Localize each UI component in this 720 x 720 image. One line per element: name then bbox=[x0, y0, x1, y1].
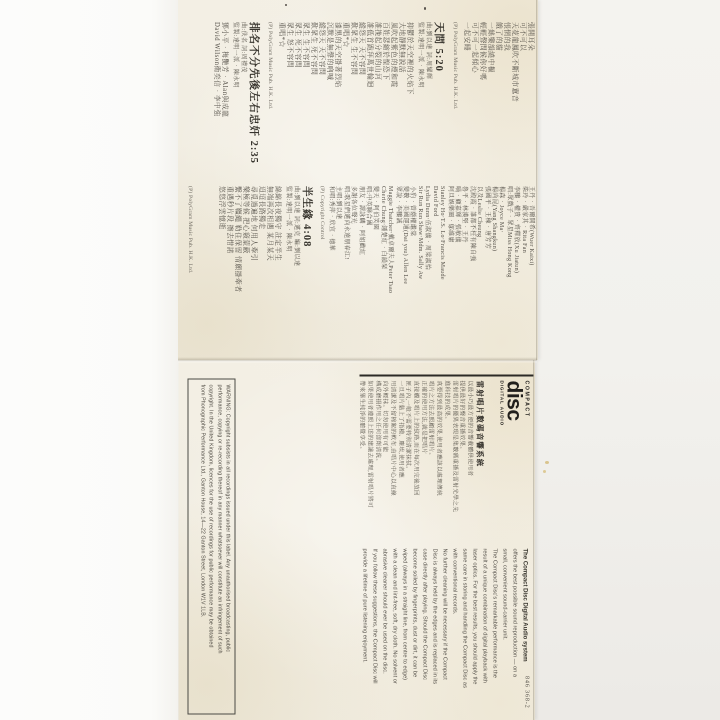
info-page-scan: 846 368-2 COMPACT disc DIGITAL AUDIO 雷射唱… bbox=[178, 360, 535, 720]
english-info-line: small, convenient sound-carrier unit. bbox=[499, 548, 509, 714]
song-title-text: 半生緣 bbox=[301, 186, 312, 221]
credit-line: 監製:達明一派‧陳永明 bbox=[284, 186, 292, 336]
lyric-line: 一絲樂韻繞中樞 bbox=[486, 22, 494, 172]
left-rule-line bbox=[359, 374, 533, 376]
lyric-line: 沉默是無聲的吶喊 bbox=[325, 22, 333, 172]
chinese-info-line: 帶來畢生純淨的聽覺享受。 bbox=[356, 380, 364, 548]
english-info-line: provide a lifetime of pure listening enj… bbox=[359, 548, 369, 714]
intro-song-lyrics: 張開耳朵可不可以天花龍鳳吹不斷城市囂音悵惘的我餓了的貓一絲樂韻繞中樞輕輕聲問候你… bbox=[462, 22, 534, 172]
lyric-line: 抑鬱於天空裡的火焰下 bbox=[405, 22, 413, 172]
lyric-line: 歎眾生 死不容問 bbox=[309, 22, 317, 172]
lyric-line: 誰低首跪拜萬世輪迴 bbox=[365, 22, 373, 172]
compact-disc-logo: COMPACT disc DIGITAL AUDIO bbox=[499, 380, 529, 442]
lyric-line: 重遇秒片段 擦去惜諾 bbox=[225, 186, 233, 336]
lyric-line: 繫不了韁繩 勒住保留 情願掛牽者 bbox=[233, 186, 241, 336]
lyric-name-line: 阿旦娛樂圈‧鄔維庸 bbox=[445, 186, 452, 336]
warning-line: from Phonographic Performance Ltd., Gant… bbox=[197, 384, 205, 708]
lyric-line: 輕輕聲問候你好嗎 bbox=[478, 22, 486, 172]
lyric-line: 天花龍鳳吹不斷城市囂音 bbox=[510, 22, 518, 172]
chinese-info-line: 一旦唱片黏上了指模、塵埃,使用者應 bbox=[395, 380, 403, 548]
scanner-lid-strip bbox=[0, 0, 178, 720]
lyric-line: 百姓瑟縮於惶恐下 bbox=[381, 22, 389, 172]
chinese-info-line: 如果使用者遵照上述的建議去處理,雷射唱片將可 bbox=[364, 380, 372, 548]
credit-line: 曲:劉以達 詞:邁克 編:劉以達 bbox=[292, 186, 300, 336]
english-info-line: laser optics. For the best results, you … bbox=[469, 548, 479, 714]
song-credits-bansheng: 曲:劉以達 詞:邁克 編:劉以達監製:達明一派‧陳永明 bbox=[284, 186, 300, 336]
lyric-line: 誰挽起分裂的山河 bbox=[373, 22, 381, 172]
chinese-info-line: 以最小巧最方便的音響載體供使用者 bbox=[464, 380, 472, 548]
english-info-line: Disc is always held by the edges and is … bbox=[429, 548, 439, 714]
lyric-line: 可不可以 bbox=[518, 22, 526, 172]
song-duration: 4:08 bbox=[301, 224, 312, 247]
lyric-name-line: Cherie Chung‧鍾楚紅‧白韻琹 bbox=[378, 186, 385, 336]
lyric-name-line: 以及Leslie Cheung bbox=[475, 186, 482, 336]
lyric-name-line: David Ford bbox=[430, 186, 437, 336]
english-info-line: result of a unique combination of digita… bbox=[479, 548, 489, 714]
lyrics-page-content: 張開耳朵可不可以天花龍鳳吹不斷城市囂音悵惘的我餓了的貓一絲樂韻繞中樞輕輕聲問候你… bbox=[178, 0, 538, 360]
lyric-line: 眾生 生不容問 bbox=[301, 22, 309, 172]
song-title-bansheng: 半生緣 4:08 bbox=[300, 186, 313, 336]
info-page-content: 846 368-2 COMPACT disc DIGITAL AUDIO 雷射唱… bbox=[178, 360, 535, 720]
english-info-line: offers the best possible sound reproduct… bbox=[509, 548, 519, 714]
lyric-line: 眾生 死不容問 bbox=[293, 22, 301, 172]
song-lyrics-paiming-opening: 鄧小平‧梅艷芳‧Alan與成龍David Wilson衛奕信‧李中強 bbox=[212, 22, 228, 172]
scan-stain-dot bbox=[543, 470, 546, 473]
lyric-line: 眾生 怒不容問 bbox=[285, 22, 293, 172]
lyric-name-line: Lydia Dunn‧伍淑儀‧周梁淑怡 bbox=[423, 186, 430, 336]
lyric-name-line: 沈殿霞‧誰都不枉有陳自強 bbox=[467, 186, 474, 336]
booklet-fold bbox=[178, 357, 537, 363]
lyric-name-line: 唱:中英聯合國 bbox=[364, 186, 371, 336]
lyric-name-line: 李鵬‧權貴‧齊釋放(Xu Jiatun) bbox=[512, 186, 519, 336]
chinese-info-line: 用清潔及不留棉絮的軟布,由唱片中心以直線 bbox=[387, 380, 395, 548]
lyric-line: 迢迢長路獨走 bbox=[257, 186, 265, 336]
warning-line: WARNING: Copyright subsists in all recor… bbox=[223, 384, 231, 708]
lyric-line: 餓了的貓 bbox=[494, 22, 502, 172]
chinese-info-line: 真要得到最高的效果,使用者應該以處理傳統 bbox=[433, 380, 441, 548]
credit-line: 曲:劉以達 詞:周耀輝 bbox=[424, 22, 432, 172]
lyric-line: 漆黑的天空掛著烈焰 bbox=[333, 22, 341, 172]
page-edge-shadow-bottom bbox=[533, 360, 535, 720]
lyric-line: 縱怨天 天不容問 bbox=[317, 22, 325, 172]
publisher-line: (P) PolyGram Music Pub. H.K. Ltd. bbox=[451, 22, 458, 172]
lyric-name-line: Maggie Thatcher‧戴卓爾夫人Peter Tsao bbox=[386, 186, 393, 336]
credit-line: 監製:達明一派‧陳永明 bbox=[416, 22, 424, 172]
english-info-line: case directly after playing. Should the … bbox=[419, 548, 429, 714]
chinese-info-line: 進科技的成果。 bbox=[441, 380, 449, 548]
lyric-name-line: 楊森‧Joyce Ma‧ bbox=[497, 186, 504, 336]
english-info-text: The Compact Disc Digital Audio system of… bbox=[359, 548, 529, 714]
chinese-info-line: 唱片之方法去照顧雷射唱片。 bbox=[426, 380, 434, 548]
lyric-name-line: 多謝各位聲光 bbox=[349, 186, 356, 336]
lyrics-left-column: 張開耳朵可不可以天花龍鳳吹不斷城市囂音悵惘的我餓了的貓一絲樂韻繞中樞輕輕聲問候你… bbox=[212, 22, 534, 172]
english-info-line: same care in storing and handling the Co… bbox=[459, 548, 469, 714]
lyric-name-line: 張國平‧王棟‧唐芳芳 bbox=[482, 186, 489, 336]
lyric-name-line: 變數‧美國運通(Dai you) Allen Lee bbox=[401, 186, 408, 336]
lyrics-page-scan: 張開耳朵可不可以天花龍鳳吹不斷城市囂音悵惘的我餓了的貓一絲樂韻繞中樞輕輕聲問候你… bbox=[178, 0, 538, 360]
credit-line: 監製:達明一派‧陳永明 bbox=[231, 22, 239, 172]
lyric-line: 大地靜默無說話 bbox=[397, 22, 405, 172]
lyrics-right-column: 王丹‧吾爾開希(Wuer Kaixi)柴玲‧嚴家其‧Rita Fan李鵬‧權貴‧… bbox=[186, 186, 534, 336]
lyric-name-line: 唱:歌星們邁向永遠朋春江! bbox=[341, 186, 348, 336]
lyric-line: 尋覓過遍地 何用人牽引 bbox=[249, 186, 257, 336]
english-info-line: with a clean and lint-free, soft, dry cl… bbox=[389, 548, 399, 714]
lyric-name-line: 小豹‧曾蔭權繼棠 bbox=[408, 186, 415, 336]
song-title-paiming: 排名不分先後左右忠奸 2:35 bbox=[247, 22, 260, 172]
publisher-line: (P) Copyright Control bbox=[318, 186, 325, 336]
compact-disc-logo-digital-audio: DIGITAL AUDIO bbox=[499, 380, 504, 442]
lyric-name-line: 變天‧阿伯笑園 bbox=[371, 186, 378, 336]
lyric-line: 無端再次相遇 某月某天 bbox=[265, 186, 273, 336]
scan-speck bbox=[285, 4, 287, 6]
lyric-name-line: 王丹‧吾爾開希(Wuer Kaixi) bbox=[527, 186, 534, 336]
lyric-line: 一起安睡 bbox=[462, 22, 470, 172]
publisher-line: (P) PolyGram Music Pub. H.K. Ltd. bbox=[186, 186, 193, 336]
song-title-tianwen: 天問 5:20 bbox=[432, 22, 445, 172]
lyric-line: 重唱*☆ bbox=[277, 22, 285, 172]
page-edge-shadow-top bbox=[536, 0, 538, 360]
song-credits-paiming: 曲:佚名 詞:周禮茂監製:達明一派‧陳永明 bbox=[231, 22, 247, 172]
english-info-line: with conventional records. bbox=[449, 548, 459, 714]
lyric-name-line: 朋友‧譚詠麟‧阿姐歡紅 bbox=[356, 186, 363, 336]
english-info-line: wiped (always in a straight line, from c… bbox=[399, 548, 409, 714]
chinese-info-line: 構成磨損作用之任何溶劑清洗。 bbox=[372, 380, 380, 548]
publisher-line: (P) PolyGram Music Pub. H.K. Ltd. bbox=[266, 22, 273, 172]
lyric-line: 悵惘的我 bbox=[502, 22, 510, 172]
chinese-info-line: 正確的使用方法,就是把唱片 bbox=[418, 380, 426, 548]
english-info-line: If you follow these suggestions, the Com… bbox=[369, 548, 379, 714]
song-credits-tianwen: 曲:劉以達 詞:周耀輝監製:達明一派‧陳永明 bbox=[416, 22, 432, 172]
lyric-name-line: 魯平‧林漢堅‧王丹 bbox=[460, 186, 467, 336]
song-lyrics-bansheng: 綿綿長夜獨守 註定半生無端再次相遇 某月某天迢迢長路獨走尋覓過遍地 何用人牽引樂… bbox=[217, 186, 281, 336]
lyric-name-line: Stanley Ho‧T.S. Lo‧Francis Maude bbox=[438, 186, 445, 336]
lyric-name-line: 眾說‧李鵬誠 bbox=[393, 186, 400, 336]
song-lyrics-tianwen: 抑鬱於天空裡的火焰下大地靜默無說話風吹起紫色的煙和霞百姓瑟縮於惶恐下誰挽起分裂的… bbox=[277, 22, 413, 172]
lyric-name-line: 和唱:秀萍‧欣宜‧德華 bbox=[327, 186, 334, 336]
chinese-heading: 雷射唱片數碼音響系統 bbox=[474, 380, 485, 467]
chinese-info-line: 匣子內,一般不需要特別清潔抹拭。 bbox=[403, 380, 411, 548]
chinese-info-text: 以最小巧最方便的音響載體供使用者提供最好的聲音重播效果。雷射唱片的優異表現是集數… bbox=[356, 380, 472, 548]
lyric-line: 悠悠浮雲憶逝 bbox=[217, 186, 225, 336]
scan-stain-dot bbox=[545, 461, 549, 464]
chinese-info-line: 向外輕抹。切勿使用有可能 bbox=[380, 380, 388, 548]
lyric-name-line: 唱:眾戲子‧眾星Miss Hong Kong bbox=[504, 186, 511, 336]
warning-line: copyright. In the United Kingdom, licenc… bbox=[206, 384, 214, 708]
lyric-line: 可不可一起傾心 bbox=[470, 22, 478, 172]
credit-line: 曲:佚名 詞:周禮茂 bbox=[239, 22, 247, 172]
english-info-line: become soiled by fingerprints, dust or d… bbox=[409, 548, 419, 714]
copyright-warning-box: WARNING: Copyright subsists in all recor… bbox=[187, 378, 235, 714]
english-heading: The Compact Disc Digital Audio system bbox=[519, 548, 529, 714]
lyric-name-line: 楊尚昆(Yang Shangkun) bbox=[490, 186, 497, 336]
lyric-line: 縱怨天 天不容問 bbox=[357, 22, 365, 172]
lyric-line: 張開耳朵 bbox=[526, 22, 534, 172]
lyric-name-line: 柴玲‧嚴家其‧Rita Fan bbox=[519, 186, 526, 336]
scan-speck bbox=[424, 7, 426, 10]
song-title-text: 天問 bbox=[433, 22, 444, 45]
lyric-line: 風吹起紫色的煙和霞 bbox=[389, 22, 397, 172]
lyric-line: David Wilson衛奕信‧李中強 bbox=[212, 22, 220, 172]
lyric-name-line: 喎‧顧嘉輝‧張敏儀 bbox=[453, 186, 460, 336]
lyric-line: 歎眾生 生不容問 bbox=[349, 22, 357, 172]
song-title-text: 排名不分先後左右忠奸 bbox=[248, 22, 259, 137]
lyric-line: 綿綿長夜獨守 註定半生 bbox=[273, 186, 281, 336]
lyric-line: 樂極等候 把心竅蒙蔽 bbox=[241, 186, 249, 336]
chinese-info-line: 提供最好的聲音重播效果。 bbox=[457, 380, 465, 548]
english-info-line: No further cleaning will be necessary if… bbox=[439, 548, 449, 714]
compact-disc-logo-disc: disc bbox=[504, 380, 523, 442]
chinese-info-line: 雷射唱片的優異表現是集數碼重播及雷射光學之先 bbox=[449, 380, 457, 548]
lyric-name-line: 主唱:劉以達 bbox=[334, 186, 341, 336]
song-duration: 5:20 bbox=[433, 49, 444, 72]
lyric-line: 鄧小平‧梅艷芳‧Alan與成龍 bbox=[220, 22, 228, 172]
lyric-line: 重唱*☆ bbox=[341, 22, 349, 172]
lyric-name-line: Sir Run Run Shaw‧Mdm. Sally Aw bbox=[416, 186, 423, 336]
chinese-info-line: 直接觸及唱片上的紋路,而在每次用完後放回 bbox=[410, 380, 418, 548]
english-info-lines: offers the best possible sound reproduct… bbox=[359, 548, 519, 714]
warning-line: performance, copying or re-recording the… bbox=[214, 384, 222, 708]
song-lyrics-paiming-names: 王丹‧吾爾開希(Wuer Kaixi)柴玲‧嚴家其‧Rita Fan李鵬‧權貴‧… bbox=[327, 186, 534, 336]
english-info-line: The Compact Disc's remarkable performanc… bbox=[489, 548, 499, 714]
english-info-line: abrasive cleaner should ever be used on … bbox=[379, 548, 389, 714]
song-duration: 2:35 bbox=[248, 141, 259, 164]
